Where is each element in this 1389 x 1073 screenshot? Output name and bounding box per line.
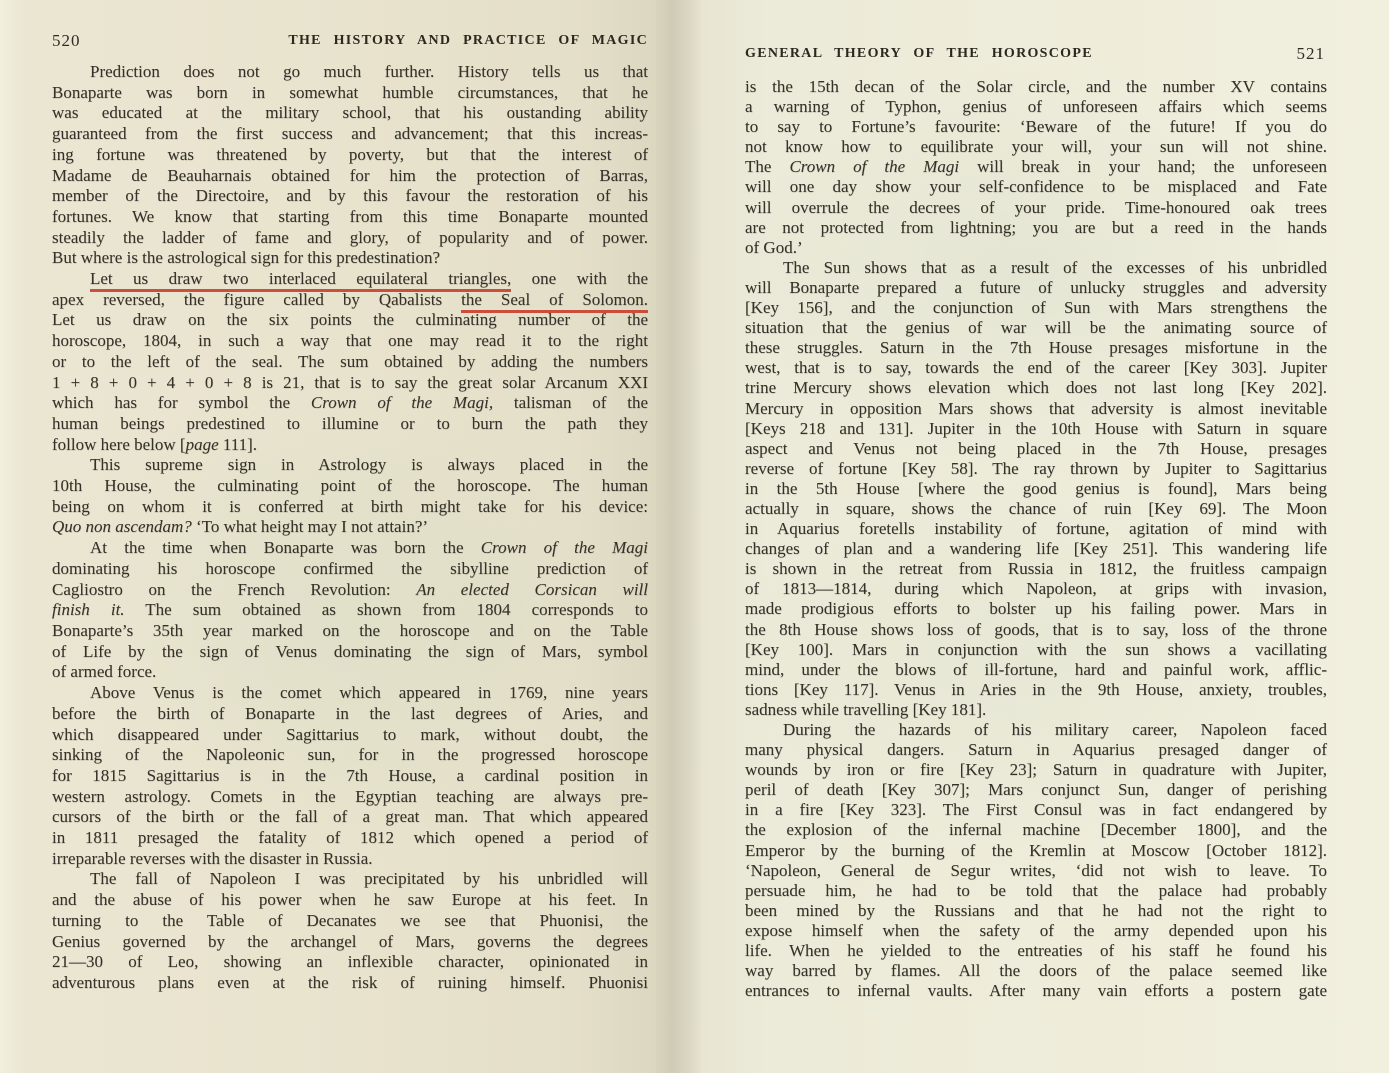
text-line: actually in square, shows the chance of … — [745, 499, 1327, 519]
text-segment: turning to the Table of Decanates we see… — [52, 911, 648, 930]
text-line: Bonaparte was born in somewhat humble ci… — [52, 83, 648, 104]
text-segment: ‘Napoleon, General de Segur writes, ‘did… — [745, 861, 1327, 880]
italic-text-segment: page — [186, 435, 219, 454]
text-segment: many physical dangers. Saturn in Aquariu… — [745, 740, 1327, 759]
text-segment: 1 + 8 + 0 + 4 + 0 + 8 is 21, that is to … — [52, 373, 648, 392]
text-segment: made prodigious efforts to bolster up hi… — [745, 599, 1327, 618]
text-segment: apex reversed, the figure called by Qaba… — [52, 290, 461, 309]
text-segment: which has for symbol the — [52, 393, 311, 412]
red-underlined-text: the Seal of Solomon. — [461, 290, 648, 313]
left-page: 520 THE HISTORY AND PRACTICE OF MAGIC Pr… — [0, 0, 656, 1073]
text-segment: 10th House, the culminating point of the… — [52, 476, 648, 495]
text-segment: peril of death [Key 307]; Mars conjunct … — [745, 780, 1327, 799]
text-line: follow here below [page 111]. — [52, 435, 648, 456]
text-line: Above Venus is the comet which appeared … — [52, 683, 648, 704]
text-segment: before the birth of Bonaparte in the las… — [52, 704, 648, 723]
text-segment: will one day show your self-confidence t… — [745, 177, 1327, 196]
text-segment: changes of plan and a wandering life [Ke… — [745, 539, 1327, 558]
text-segment: Prediction does not go much further. His… — [90, 62, 648, 81]
text-segment: ‘To what height may I not attain?’ — [192, 517, 428, 536]
text-segment: these struggles. Saturn in the 7th House… — [745, 338, 1327, 357]
text-line: life. When he yielded to the entreaties … — [745, 941, 1327, 961]
text-line: Let us draw on the six points the culmin… — [52, 310, 648, 331]
text-line: are not protected from lightning; you ar… — [745, 218, 1327, 238]
text-line: Let us draw two interlaced equilateral t… — [52, 269, 648, 290]
text-line: guaranteed from the first success and ad… — [52, 124, 648, 145]
text-line: This supreme sign in Astrology is always… — [52, 455, 648, 476]
text-line: horoscope, 1804, in such a way that one … — [52, 331, 648, 352]
italic-text-segment: Crown of the Magi, — [311, 393, 493, 412]
text-segment: follow here below [ — [52, 435, 186, 454]
text-segment: Let us draw on the six points the culmin… — [52, 310, 648, 329]
text-segment: being on whom it is conferred at birth m… — [52, 497, 648, 516]
text-segment: or to the left of the seal. The sum obta… — [52, 352, 648, 371]
text-line: steadily the ladder of fame and glory, o… — [52, 228, 648, 249]
text-segment: in 1811 presaged the fatality of 1812 wh… — [52, 828, 648, 847]
text-line: reverse of fortune [Key 58]. The ray thr… — [745, 459, 1327, 479]
text-line: of Life by the sign of Venus dominating … — [52, 642, 648, 663]
text-segment: a warning of Typhon, genius of unforesee… — [745, 97, 1327, 116]
text-line: fortunes. We know that starting from thi… — [52, 207, 648, 228]
text-segment: irreparable reverses with the disaster i… — [52, 849, 373, 868]
text-line: of 1813—1814, during which Napoleon, at … — [745, 579, 1327, 599]
gutter-shadow — [656, 0, 702, 1073]
text-segment: The fall of Napoleon I was precipitated … — [90, 869, 648, 888]
text-segment: member of the Directoire, and by this fa… — [52, 186, 648, 205]
text-segment: will break in your hand; the unforeseen — [959, 157, 1327, 176]
text-segment: tions [Key 117]. Venus in Aries in the 9… — [745, 680, 1327, 699]
text-segment: Bonaparte was born in somewhat humble ci… — [52, 83, 648, 102]
text-line: Emperor by the burning of the Kremlin at… — [745, 841, 1327, 861]
text-segment: to say to Fortune’s favourite: ‘Beware o… — [745, 117, 1327, 136]
text-segment: talisman of the — [493, 393, 648, 412]
text-segment: of armed force. — [52, 662, 156, 681]
text-segment: for 1815 Sagittarius is in the 7th House… — [52, 766, 648, 785]
text-segment: in a fire [Key 323]. The First Consul wa… — [745, 800, 1327, 819]
text-segment: life. When he yielded to the entreaties … — [745, 941, 1327, 960]
text-line: entrances to infernal vaults. After many… — [745, 981, 1327, 1001]
text-line: not know how to equilibrate your will, y… — [745, 137, 1327, 157]
text-segment: Mercury in opposition Mars shows that ad… — [745, 399, 1327, 418]
text-line: to say to Fortune’s favourite: ‘Beware o… — [745, 117, 1327, 137]
text-segment: of God.’ — [745, 238, 803, 257]
text-line: The fall of Napoleon I was precipitated … — [52, 869, 648, 890]
text-segment: Above Venus is the comet which appeared … — [90, 683, 648, 702]
red-underlined-text: Let us draw two interlaced equilateral t… — [90, 269, 511, 292]
page-number-left: 520 — [52, 31, 81, 51]
text-line: situation that the genius of war will be… — [745, 318, 1327, 338]
text-line: The Crown of the Magi will break in your… — [745, 157, 1327, 177]
text-segment: of 1813—1814, during which Napoleon, at … — [745, 579, 1327, 598]
text-segment: Cagliostro on the French Revolution: — [52, 580, 416, 599]
text-segment: human beings predestined to illumine or … — [52, 414, 648, 433]
text-segment: cursors of the birth or the fall of a gr… — [52, 807, 648, 826]
italic-text-segment: Crown of the Magi — [789, 157, 959, 176]
text-line: During the hazards of his military caree… — [745, 720, 1327, 740]
text-segment: the explosion of the infernal machine [D… — [745, 820, 1327, 839]
italic-text-segment: An elected Corsican will — [416, 580, 648, 599]
text-line: or to the left of the seal. The sum obta… — [52, 352, 648, 373]
paragraph: Prediction does not go much further. His… — [52, 62, 648, 269]
text-line: many physical dangers. Saturn in Aquariu… — [745, 740, 1327, 760]
paragraph: The Sun shows that as a result of the ex… — [745, 258, 1327, 720]
paragraph: At the time when Bonaparte was born the … — [52, 538, 648, 683]
text-segment: western astrology. Comets in the Egyptia… — [52, 787, 648, 806]
text-segment: is shown in the retreat from Russia in 1… — [745, 559, 1327, 578]
text-line: western astrology. Comets in the Egyptia… — [52, 787, 648, 808]
text-segment: dominating his horoscope confirmed the s… — [52, 559, 648, 578]
running-head-right: GENERAL THEORY OF THE HOROSCOPE — [745, 46, 1093, 62]
text-line: will one day show your self-confidence t… — [745, 177, 1327, 197]
text-segment: horoscope, 1804, in such a way that one … — [52, 331, 648, 350]
text-segment: fortunes. We know that starting from thi… — [52, 207, 648, 226]
text-line: Quo non ascendam? ‘To what height may I … — [52, 517, 648, 538]
italic-text-segment: finish it. — [52, 600, 125, 619]
text-segment: At the time when Bonaparte was born the — [90, 538, 481, 557]
text-line: in a fire [Key 323]. The First Consul wa… — [745, 800, 1327, 820]
text-segment: sinking of the Napoleonic sun, for in th… — [52, 745, 648, 764]
text-segment: way barred by flames. All the doors of t… — [745, 961, 1327, 980]
text-segment: west, that is to say, towards the end of… — [745, 358, 1327, 377]
text-segment: The — [745, 157, 789, 176]
text-line: 1 + 8 + 0 + 4 + 0 + 8 is 21, that is to … — [52, 373, 648, 394]
text-line: human beings predestined to illumine or … — [52, 414, 648, 435]
italic-text-segment: Crown of the Magi — [481, 538, 648, 557]
text-line: made prodigious efforts to bolster up hi… — [745, 599, 1327, 619]
text-line: member of the Directoire, and by this fa… — [52, 186, 648, 207]
text-segment: of Life by the sign of Venus dominating … — [52, 642, 648, 661]
text-line: cursors of the birth or the fall of a gr… — [52, 807, 648, 828]
text-segment: But where is the astrological sign for t… — [52, 248, 440, 267]
text-line: [Key 156], and the conjunction of Sun wi… — [745, 298, 1327, 318]
text-segment: The Sun shows that as a result of the ex… — [783, 258, 1327, 277]
text-line: way barred by flames. All the doors of t… — [745, 961, 1327, 981]
text-line: which has for symbol the Crown of the Ma… — [52, 393, 648, 414]
text-segment: one with the — [511, 269, 648, 288]
text-line: peril of death [Key 307]; Mars conjunct … — [745, 780, 1327, 800]
text-line: sinking of the Napoleonic sun, for in th… — [52, 745, 648, 766]
text-line: will overrule the decrees of your pride.… — [745, 198, 1327, 218]
text-segment: persuade him, he had to be told that the… — [745, 881, 1327, 900]
text-segment: is the 15th decan of the Solar circle, a… — [745, 77, 1327, 96]
text-segment: mind, under the blows of ill-fortune, ha… — [745, 660, 1327, 679]
text-line: these struggles. Saturn in the 7th House… — [745, 338, 1327, 358]
text-segment: situation that the genius of war will be… — [745, 318, 1327, 337]
running-head-left: THE HISTORY AND PRACTICE OF MAGIC — [288, 33, 648, 49]
text-segment: been mined by the Russians and that he h… — [745, 901, 1327, 920]
text-line: trine Mercury shows elevation which does… — [745, 378, 1327, 398]
paragraph: is the 15th decan of the Solar circle, a… — [745, 77, 1327, 258]
text-line: dominating his horoscope confirmed the s… — [52, 559, 648, 580]
text-line: Bonaparte’s 35th year marked on the horo… — [52, 621, 648, 642]
text-line: apex reversed, the figure called by Qaba… — [52, 290, 648, 311]
text-segment: which disappeared under Sagittarius to m… — [52, 725, 648, 744]
right-page-header: GENERAL THEORY OF THE HOROSCOPE 521 — [702, 44, 1389, 66]
text-line: 10th House, the culminating point of the… — [52, 476, 648, 497]
text-segment: During the hazards of his military caree… — [783, 720, 1327, 739]
book-spread: { "document_type": "scanned book spread"… — [0, 0, 1389, 1073]
text-line: aspect and Venus not being placed in the… — [745, 439, 1327, 459]
text-segment: trine Mercury shows elevation which does… — [745, 378, 1327, 397]
text-line: of armed force. — [52, 662, 648, 683]
text-segment: entrances to infernal vaults. After many… — [745, 981, 1327, 1000]
text-segment: and the abuse of his power when he saw E… — [52, 890, 648, 909]
text-line: being on whom it is conferred at birth m… — [52, 497, 648, 518]
text-segment: 21—30 of Leo, showing an inflexible char… — [52, 952, 648, 971]
text-segment: in Aquarius foretells instability of for… — [745, 519, 1327, 538]
text-segment: was educated at the military school, tha… — [52, 103, 648, 122]
text-line: west, that is to say, towards the end of… — [745, 358, 1327, 378]
text-segment: Genius governed by the archangel of Mars… — [52, 932, 648, 951]
text-line: 21—30 of Leo, showing an inflexible char… — [52, 952, 648, 973]
text-line: changes of plan and a wandering life [Ke… — [745, 539, 1327, 559]
text-segment: will Bonaparte prepared a future of unlu… — [745, 278, 1327, 297]
text-line: is shown in the retreat from Russia in 1… — [745, 559, 1327, 579]
text-line: expose himself when the safety of the ar… — [745, 921, 1327, 941]
text-segment: aspect and Venus not being placed in the… — [745, 439, 1327, 458]
text-segment: reverse of fortune [Key 58]. The ray thr… — [745, 459, 1327, 478]
text-line: and the abuse of his power when he saw E… — [52, 890, 648, 911]
text-line: [Keys 218 and 131]. Jupiter in the 10th … — [745, 419, 1327, 439]
text-line: ing fortune was threatened by poverty, b… — [52, 145, 648, 166]
paragraph: The fall of Napoleon I was precipitated … — [52, 869, 648, 993]
text-segment: adventurous plans even at the risk of ru… — [52, 973, 648, 992]
text-line: Mercury in opposition Mars shows that ad… — [745, 399, 1327, 419]
text-segment: Bonaparte’s 35th year marked on the horo… — [52, 621, 648, 640]
text-segment: will overrule the decrees of your pride.… — [745, 198, 1327, 217]
text-segment: in the 5th House [where the good genius … — [745, 479, 1327, 498]
text-segment: expose himself when the safety of the ar… — [745, 921, 1327, 940]
text-segment: ing fortune was threatened by poverty, b… — [52, 145, 648, 164]
text-line: finish it. The sum obtained as shown fro… — [52, 600, 648, 621]
right-page-body: is the 15th decan of the Solar circle, a… — [745, 77, 1327, 1001]
paragraph: This supreme sign in Astrology is always… — [52, 455, 648, 538]
text-line: been mined by the Russians and that he h… — [745, 901, 1327, 921]
text-line: wounds by iron or fire [Key 23]; Saturn … — [745, 760, 1327, 780]
page-number-right: 521 — [1297, 44, 1326, 64]
text-segment: Emperor by the burning of the Kremlin at… — [745, 841, 1327, 860]
text-line: tions [Key 117]. Venus in Aries in the 9… — [745, 680, 1327, 700]
text-line: persuade him, he had to be told that the… — [745, 881, 1327, 901]
text-line: the explosion of the infernal machine [D… — [745, 820, 1327, 840]
text-segment: not know how to equilibrate your will, y… — [745, 137, 1327, 156]
text-line: turning to the Table of Decanates we see… — [52, 911, 648, 932]
right-page: GENERAL THEORY OF THE HOROSCOPE 521 is t… — [702, 0, 1389, 1073]
text-segment: Madame de Beauharnais obtained for him t… — [52, 166, 648, 185]
italic-text-segment: Quo non ascendam? — [52, 517, 192, 536]
text-line: Cagliostro on the French Revolution: An … — [52, 580, 648, 601]
text-line: ‘Napoleon, General de Segur writes, ‘did… — [745, 861, 1327, 881]
paragraph: Let us draw two interlaced equilateral t… — [52, 269, 648, 455]
text-segment: 111]. — [219, 435, 257, 454]
text-line: the 8th House shows loss of goods, that … — [745, 620, 1327, 640]
text-segment: the 8th House shows loss of goods, that … — [745, 620, 1327, 639]
text-line: But where is the astrological sign for t… — [52, 248, 648, 269]
left-page-header: 520 THE HISTORY AND PRACTICE OF MAGIC — [0, 31, 656, 53]
text-line: [Key 100]. Mars in conjunction with the … — [745, 640, 1327, 660]
text-line: a warning of Typhon, genius of unforesee… — [745, 97, 1327, 117]
text-segment: are not protected from lightning; you ar… — [745, 218, 1327, 237]
text-line: Prediction does not go much further. His… — [52, 62, 648, 83]
text-segment: actually in square, shows the chance of … — [745, 499, 1327, 518]
text-line: At the time when Bonaparte was born the … — [52, 538, 648, 559]
text-line: Madame de Beauharnais obtained for him t… — [52, 166, 648, 187]
text-segment: wounds by iron or fire [Key 23]; Saturn … — [745, 760, 1327, 779]
text-segment: This supreme sign in Astrology is always… — [90, 455, 648, 474]
text-line: for 1815 Sagittarius is in the 7th House… — [52, 766, 648, 787]
text-line: sadness while travelling [Key 181]. — [745, 700, 1327, 720]
text-line: in Aquarius foretells instability of for… — [745, 519, 1327, 539]
paragraph: During the hazards of his military caree… — [745, 720, 1327, 1001]
text-segment: guaranteed from the first success and ad… — [52, 124, 648, 143]
text-line: Genius governed by the archangel of Mars… — [52, 932, 648, 953]
text-segment: [Key 100]. Mars in conjunction with the … — [745, 640, 1327, 659]
text-line: adventurous plans even at the risk of ru… — [52, 973, 648, 994]
text-line: which disappeared under Sagittarius to m… — [52, 725, 648, 746]
text-line: mind, under the blows of ill-fortune, ha… — [745, 660, 1327, 680]
text-segment: steadily the ladder of fame and glory, o… — [52, 228, 648, 247]
text-segment: [Key 156], and the conjunction of Sun wi… — [745, 298, 1327, 317]
text-line: before the birth of Bonaparte in the las… — [52, 704, 648, 725]
text-line: irreparable reverses with the disaster i… — [52, 849, 648, 870]
text-segment: sadness while travelling [Key 181]. — [745, 700, 986, 719]
text-line: was educated at the military school, tha… — [52, 103, 648, 124]
text-segment: [Keys 218 and 131]. Jupiter in the 10th … — [745, 419, 1327, 438]
text-segment: The sum obtained as shown from 1804 corr… — [125, 600, 648, 619]
text-line: The Sun shows that as a result of the ex… — [745, 258, 1327, 278]
text-line: in 1811 presaged the fatality of 1812 wh… — [52, 828, 648, 849]
text-line: of God.’ — [745, 238, 1327, 258]
paragraph: Above Venus is the comet which appeared … — [52, 683, 648, 869]
text-line: is the 15th decan of the Solar circle, a… — [745, 77, 1327, 97]
left-page-body: Prediction does not go much further. His… — [52, 62, 648, 994]
text-line: will Bonaparte prepared a future of unlu… — [745, 278, 1327, 298]
text-line: in the 5th House [where the good genius … — [745, 479, 1327, 499]
